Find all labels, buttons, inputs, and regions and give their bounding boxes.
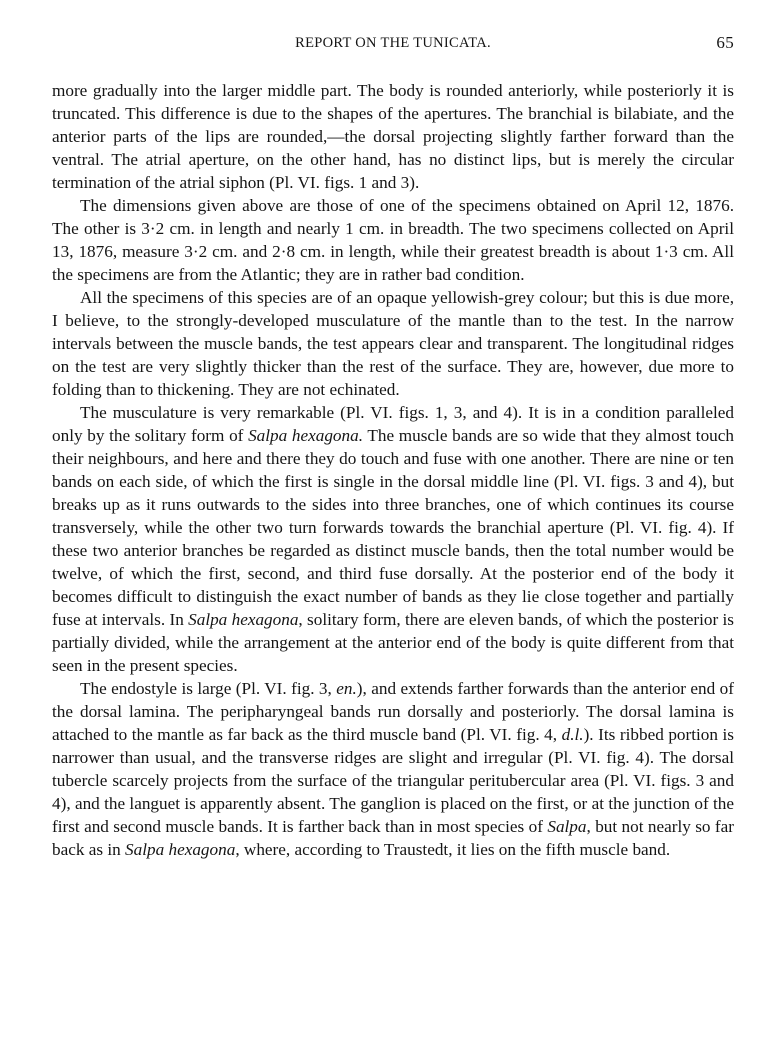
document-page: REPORT ON THE TUNICATA. 65 more graduall… — [52, 33, 734, 861]
paragraph: more gradually into the larger middle pa… — [52, 79, 734, 194]
italic-taxon-text: Salpa hexagona — [125, 840, 235, 859]
text-run: , where, according to Traustedt, it lies… — [235, 840, 670, 859]
italic-taxon-text: d.l. — [562, 725, 584, 744]
text-run: more gradually into the larger middle pa… — [52, 81, 734, 192]
italic-taxon-text: Salpa hexagona. — [248, 426, 363, 445]
page-number: 65 — [716, 33, 734, 53]
text-run: The muscle bands are so wide that they a… — [52, 426, 734, 629]
paragraph: The dimensions given above are those of … — [52, 194, 734, 286]
text-run: The endostyle is large (Pl. VI. fig. 3, — [80, 679, 336, 698]
italic-taxon-text: Salpa hexagona — [188, 610, 298, 629]
italic-taxon-text: Salpa — [547, 817, 586, 836]
text-run: The dimensions given above are those of … — [52, 196, 734, 284]
body-text: more gradually into the larger middle pa… — [52, 79, 734, 861]
italic-taxon-text: en. — [336, 679, 357, 698]
text-run: All the specimens of this species are of… — [52, 288, 734, 399]
running-title: REPORT ON THE TUNICATA. — [52, 35, 734, 52]
paragraph: All the specimens of this species are of… — [52, 286, 734, 401]
running-header: REPORT ON THE TUNICATA. 65 — [52, 33, 734, 57]
paragraph: The musculature is very remarkable (Pl. … — [52, 401, 734, 677]
paragraph: The endostyle is large (Pl. VI. fig. 3, … — [52, 677, 734, 861]
